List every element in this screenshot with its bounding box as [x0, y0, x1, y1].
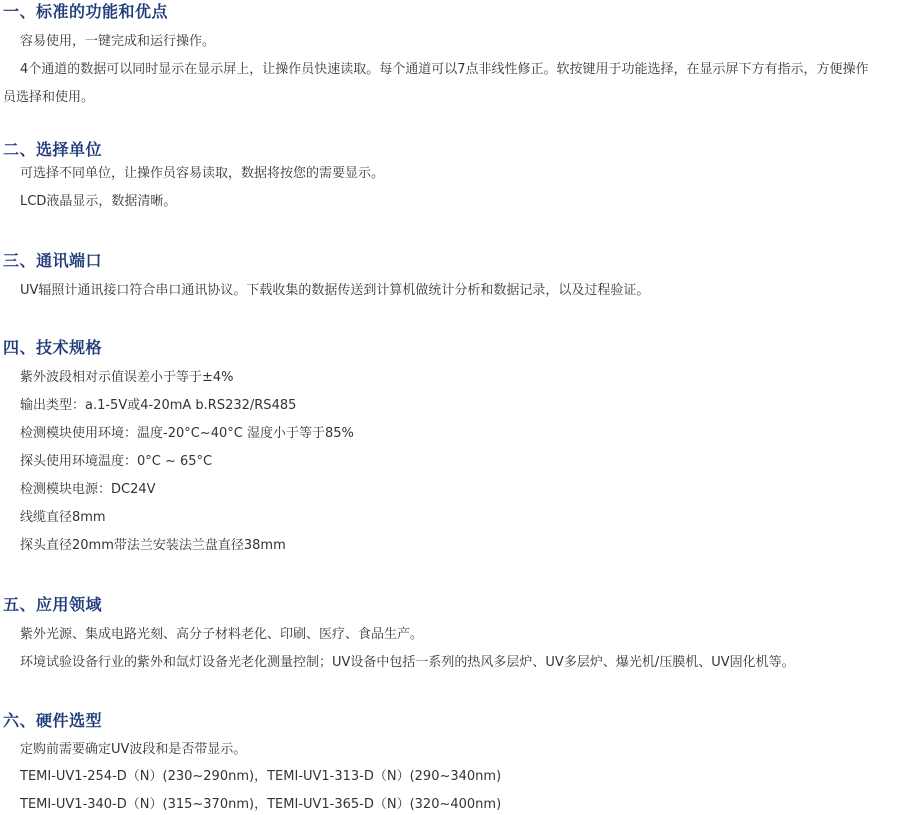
spec-item: 输出类型：a.1-5V或4-20mA b.RS232/RS485 [20, 397, 296, 415]
paragraph: 环境试验设备行业的紫外和氙灯设备光老化测量控制；UV设备中包括一系列的热风多层炉… [20, 654, 795, 672]
spec-item: 检测模块电源：DC24V [20, 481, 156, 499]
paragraph: 可选择不同单位，让操作员容易读取，数据将按您的需要显示。 [20, 165, 384, 183]
paragraph: 4个通道的数据可以同时显示在显示屏上，让操作员快速读取。每个通道可以7点非线性修… [3, 56, 875, 112]
paragraph: 紫外光源、集成电路光刻、高分子材料老化、印刷、医疗、食品生产。 [20, 626, 423, 644]
section-heading-units: 二、选择单位 [3, 139, 102, 161]
spec-item: 探头使用环境温度：0°C ~ 65°C [20, 453, 212, 471]
section-heading-specs: 四、技术规格 [3, 337, 102, 359]
spec-item: 线缆直径8mm [20, 509, 106, 527]
paragraph: UV辐照计通讯接口符合串口通讯协议。下载收集的数据传送到计算机做统计分析和数据记… [20, 282, 649, 300]
section-heading-features: 一、标准的功能和优点 [3, 1, 168, 23]
spec-item: 检测模块使用环境：温度-20°C~40°C 湿度小于等于85% [20, 425, 354, 443]
paragraph: 定购前需要确定UV波段和是否带显示。 [20, 741, 246, 759]
section-heading-applications: 五、应用领域 [3, 594, 102, 616]
paragraph: LCD液晶显示，数据清晰。 [20, 193, 176, 211]
section-heading-comm-port: 三、通讯端口 [3, 250, 102, 272]
model-list-item: TEMI-UV1-340-D（N）(315~370nm)，TEMI-UV1-36… [20, 796, 501, 814]
spec-item: 探头直径20mm带法兰安装法兰盘直径38mm [20, 537, 286, 555]
paragraph: 容易使用，一键完成和运行操作。 [20, 33, 215, 51]
model-list-item: TEMI-UV1-254-D（N）(230~290nm)，TEMI-UV1-31… [20, 768, 501, 786]
spec-item: 紫外波段相对示值误差小于等于±4% [20, 369, 234, 387]
section-heading-hardware-selection: 六、硬件选型 [3, 710, 102, 732]
